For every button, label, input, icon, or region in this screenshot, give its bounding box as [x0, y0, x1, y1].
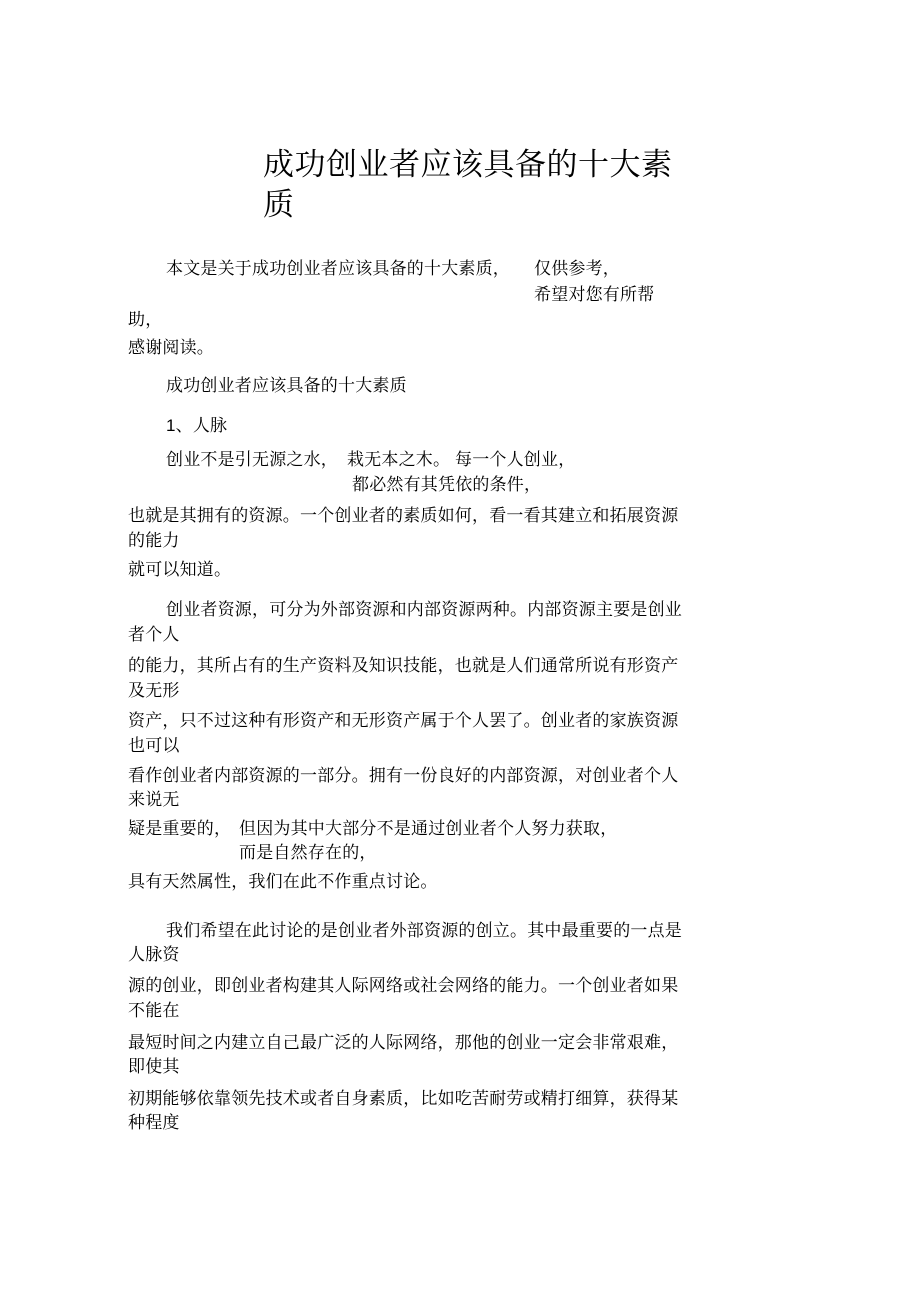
- text-line: 看作创业者内部资源的一部分。拥有一份良好的内部资源，对创业者个人: [128, 765, 678, 787]
- intro-line-segment: 希望对您有所帮: [534, 284, 654, 306]
- text-line: 创业者资源，可分为外部资源和内部资源两种。内部资源主要是创业: [166, 599, 682, 621]
- intro-line-segment: 仅供参考，: [534, 258, 620, 280]
- text-line: 不能在: [128, 1000, 180, 1022]
- intro-line-segment: 本文是关于成功创业者应该具备的十大素质，: [166, 258, 510, 280]
- list-item-heading: 1、人脉: [166, 415, 227, 437]
- intro-line-segment: 感谢阅读。: [128, 337, 214, 359]
- text-line: 源的创业，即创业者构建其人际网络或社会网络的能力。一个创业者如果: [128, 975, 678, 997]
- text-line-segment: 创业不是引无源之水，: [166, 449, 338, 471]
- text-line-segment: 都必然有其凭依的条件，: [352, 474, 541, 496]
- text-line: 来说无: [128, 789, 180, 811]
- text-line: 就可以知道。: [128, 559, 231, 581]
- text-line: 也可以: [128, 735, 180, 757]
- text-line: 人脉资: [128, 944, 180, 966]
- text-line: 最短时间之内建立自己最广泛的人际网络，那他的创业一定会非常艰难，: [128, 1032, 678, 1054]
- text-line: 我们希望在此讨论的是创业者外部资源的创立。其中最重要的一点是: [166, 920, 682, 942]
- text-line: 初期能够依靠领先技术或者自身素质，比如吃苦耐劳或精打细算，获得某: [128, 1088, 678, 1110]
- text-line-segment: 栽无本之木。: [347, 449, 450, 471]
- text-line-segment: 但因为其中大部分不是通过创业者个人努力获取，: [239, 818, 617, 840]
- document-title-line-1: 成功创业者应该具备的十大素: [263, 146, 673, 184]
- text-line: 具有天然属性，我们在此不作重点讨论。: [128, 871, 438, 893]
- text-line-segment: 而是自然存在的，: [239, 842, 377, 864]
- text-line: 也就是其拥有的资源。一个创业者的素质如何，看一看其建立和拓展资源: [128, 505, 678, 527]
- text-line: 种程度: [128, 1112, 180, 1134]
- text-line: 即使其: [128, 1056, 180, 1078]
- document-title-line-2: 质: [263, 186, 295, 224]
- text-line-segment: 疑是重要的，: [128, 818, 231, 840]
- text-line: 的能力: [128, 530, 180, 552]
- document-page: 成功创业者应该具备的十大素 质 本文是关于成功创业者应该具备的十大素质， 仅供参…: [0, 0, 920, 1303]
- text-line-segment: 每一个人创业，: [455, 449, 575, 471]
- intro-line-segment: 助，: [128, 309, 162, 331]
- text-line: 及无形: [128, 680, 180, 702]
- text-line: 的能力，其所占有的生产资料及知识技能，也就是人们通常所说有形资产: [128, 655, 678, 677]
- text-line: 资产，只不过这种有形资产和无形资产属于个人罢了。创业者的家族资源: [128, 710, 678, 732]
- section-heading: 成功创业者应该具备的十大素质: [166, 375, 407, 397]
- text-line: 者个人: [128, 624, 180, 646]
